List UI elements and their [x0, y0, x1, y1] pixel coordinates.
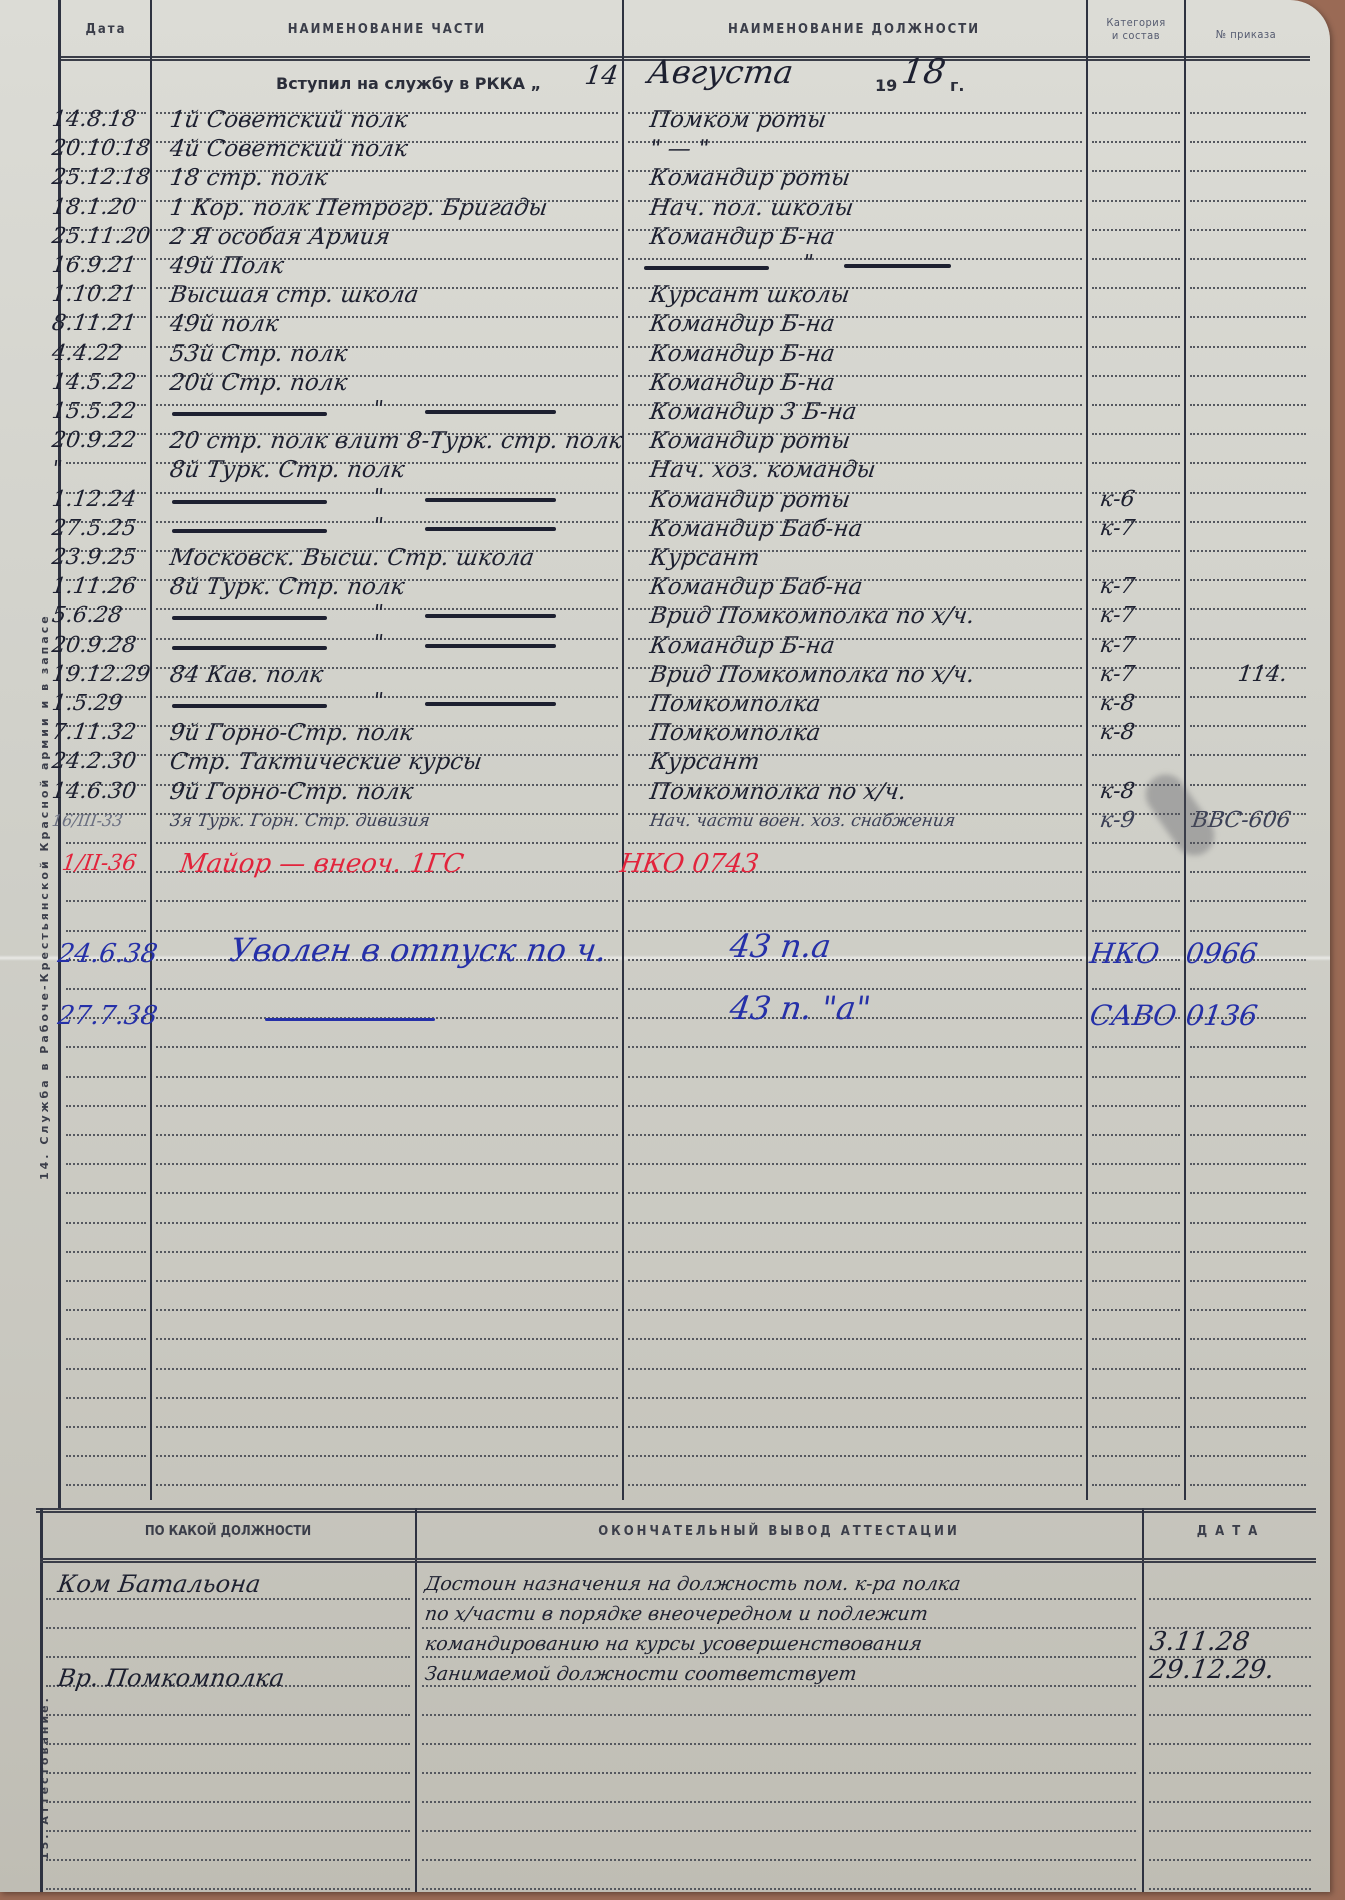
ditto-mark: ": [371, 630, 385, 658]
row-category: к-7: [1098, 661, 1137, 689]
ruled-line: [1092, 1105, 1180, 1107]
ruled-line: [1092, 433, 1180, 435]
ruled-line: [1092, 988, 1180, 990]
ruled-line: [66, 1338, 146, 1340]
row-unit: 84 Кав. полк: [168, 661, 325, 689]
row-category: к-9: [1098, 807, 1137, 835]
row-category: НКО: [1088, 940, 1161, 968]
ruled-line: [1092, 258, 1180, 260]
ruled-line: [1190, 550, 1306, 552]
attestation-column-line: [415, 1508, 417, 1892]
ruled-line: [156, 1076, 618, 1078]
attestation-header-position: ПО КАКОЙ ДОЛЖНОСТИ: [42, 1524, 414, 1539]
ruled-line: [1092, 1192, 1180, 1194]
row-order: 0966: [1184, 940, 1259, 968]
row-date: 8.11.21: [50, 310, 138, 338]
attestation-conclusion-line: Занимаемой должности соответствует: [423, 1660, 859, 1688]
ruled-line: [628, 1455, 1082, 1457]
ruled-line: [46, 1772, 410, 1774]
ruled-line: [422, 1743, 1136, 1745]
ruled-line: [1092, 200, 1180, 202]
enlisted-label: Вступил на службу в РККА: [276, 74, 525, 93]
ruled-line: [156, 638, 618, 640]
row-category: к-7: [1098, 632, 1137, 660]
ruled-line: [1190, 346, 1306, 348]
row-position: Курсант: [648, 544, 761, 572]
attestation-header-date: ДАТА: [1146, 1524, 1316, 1539]
ruled-line: [1092, 170, 1180, 172]
ruled-line: [156, 521, 618, 523]
row-date: 23.9.25: [50, 544, 138, 572]
row-unit: 53й Стр. полк: [168, 340, 349, 368]
header-category: Категория и состав: [1088, 16, 1184, 42]
row-category: к-8: [1098, 690, 1137, 718]
ruled-line: [1149, 1888, 1311, 1890]
column-line: [1184, 0, 1186, 1500]
column-line: [1086, 0, 1088, 1500]
ruled-line: [66, 1280, 146, 1282]
row-date: 4.4.22: [50, 340, 124, 368]
ruled-line: [156, 1163, 618, 1165]
row-category: к-7: [1098, 515, 1137, 543]
ruled-line: [1092, 1134, 1180, 1136]
ruled-line: [66, 1163, 146, 1165]
ruled-line: [46, 1888, 410, 1890]
ruled-line: [628, 900, 1082, 902]
row-position: Командир Б-на: [648, 369, 836, 397]
ruled-line: [46, 1714, 410, 1716]
ruled-line: [1149, 1685, 1311, 1687]
ruled-line: [156, 492, 618, 494]
row-unit: 3я Турк. Горн. Стр. дивизия: [168, 807, 432, 835]
attestation-date: 29.12.29.: [1148, 1656, 1276, 1684]
ditto-dash: [172, 529, 327, 533]
ditto-mark: ": [371, 600, 385, 628]
ruled-line: [1092, 1338, 1180, 1340]
row-order: 114.: [1236, 661, 1289, 689]
row-date: 16/III-33: [50, 807, 124, 835]
ruled-line: [1092, 1397, 1180, 1399]
ruled-line: [628, 842, 1082, 844]
row-position: Помкомполка: [648, 690, 822, 718]
row-date: 14.5.22: [50, 369, 138, 397]
enlisted-year-suffix: 18: [900, 58, 947, 86]
ruled-line: [156, 1222, 618, 1224]
ruled-line: [66, 462, 146, 464]
ruled-line: [46, 1859, 410, 1861]
row-date: 1.12.24: [50, 486, 138, 514]
ruled-line: [46, 1598, 410, 1600]
header-order: № приказа: [1186, 28, 1306, 41]
row-category: к-7: [1098, 602, 1137, 630]
ruled-line: [156, 1192, 618, 1194]
ruled-line: [1190, 433, 1306, 435]
ruled-line: [66, 1309, 146, 1311]
header-unit: НАИМЕНОВАНИЕ ЧАСТИ: [152, 22, 622, 37]
ruled-line: [628, 1309, 1082, 1311]
row-unit: 2 Я особая Армия: [168, 223, 392, 251]
row-date: 14.8.18: [50, 106, 138, 134]
ruled-line: [1092, 900, 1180, 902]
row-unit: Майор — внеоч. 1ГС: [178, 850, 465, 878]
ruled-line: [1190, 141, 1306, 143]
enlisted-year-unit: г.: [950, 76, 964, 95]
ruled-line: [628, 258, 1082, 260]
row-unit: Стр. Тактические курсы: [168, 748, 484, 776]
row-date: 25.11.20: [50, 223, 152, 251]
ruled-line: [1190, 930, 1306, 932]
row-position: Врид Помкомполка по х/ч.: [648, 661, 976, 689]
row-position: НКО 0743: [618, 850, 760, 878]
row-unit: 1й Советский полк: [168, 106, 410, 134]
row-date: 14.6.30: [50, 778, 138, 806]
attestation-conclusion-line: Достоин назначения на должность пом. к-р…: [423, 1570, 962, 1598]
ruled-line: [1190, 696, 1306, 698]
row-position: Командир Б-на: [648, 340, 836, 368]
ditto-dash: [172, 646, 327, 650]
ruled-line: [156, 1134, 618, 1136]
ruled-line: [628, 1338, 1082, 1340]
ruled-line: [1092, 1076, 1180, 1078]
ruled-line: [628, 1368, 1082, 1370]
ruled-line: [1190, 638, 1306, 640]
ruled-line: [156, 842, 618, 844]
row-date: 15.5.22: [50, 398, 138, 426]
ruled-line: [1190, 1222, 1306, 1224]
ruled-line: [66, 1134, 146, 1136]
ruled-line: [628, 1484, 1082, 1486]
ruled-line: [1092, 1309, 1180, 1311]
ruled-line: [156, 1309, 618, 1311]
row-position: Курсант школы: [648, 281, 851, 309]
ruled-line: [66, 1192, 146, 1194]
row-position: Нач. пол. школы: [648, 194, 855, 222]
ruled-line: [156, 1105, 618, 1107]
ruled-line: [1092, 754, 1180, 756]
ruled-line: [628, 959, 1082, 961]
ruled-line: [66, 1397, 146, 1399]
row-unit: 1 Кор. полк Петрогр. Бригады: [168, 194, 549, 222]
row-position: Помком роты: [648, 106, 828, 134]
row-position: 43 п. "а": [728, 994, 872, 1022]
ruled-line: [1092, 229, 1180, 231]
row-position: Командир Баб-на: [648, 573, 864, 601]
ditto-mark: ": [371, 688, 385, 716]
ruled-line: [1190, 754, 1306, 756]
row-position: Нач. хоз. команды: [648, 456, 877, 484]
enlisted-day: 14: [583, 62, 620, 90]
row-unit: 49й полк: [168, 310, 280, 338]
ruled-line: [66, 1251, 146, 1253]
ruled-line: [1149, 1830, 1311, 1832]
attestation-header-rule: [40, 1558, 1316, 1563]
ruled-line: [66, 1105, 146, 1107]
attestation-conclusion-line: командированию на курсы усовершенствован…: [423, 1630, 924, 1658]
row-date: 27.5.25: [50, 515, 138, 543]
attestation-position: Вр. Помкомполка: [56, 1664, 286, 1692]
ruled-line: [156, 1280, 618, 1282]
row-date: 1.5.29: [50, 690, 124, 718]
ruled-line: [1190, 1251, 1306, 1253]
row-order: 0136: [1184, 1002, 1259, 1030]
ruled-line: [628, 1076, 1082, 1078]
ruled-line: [1092, 1251, 1180, 1253]
header-category-line1: Категория: [1088, 16, 1184, 29]
ruled-line: [1190, 1455, 1306, 1457]
row-position: " — ": [648, 135, 711, 163]
ruled-line: [66, 1484, 146, 1486]
ruled-line: [1092, 141, 1180, 143]
ruled-line: [1190, 1280, 1306, 1282]
row-unit: Уволен в отпуск по ч.: [228, 936, 608, 964]
ruled-line: [628, 1222, 1082, 1224]
row-unit: 9й Горно-Стр. полк: [168, 719, 415, 747]
ruled-line: [156, 988, 618, 990]
ruled-line: [66, 1368, 146, 1370]
ruled-line: [422, 1830, 1136, 1832]
ruled-line: [422, 1801, 1136, 1803]
ruled-line: [156, 1397, 618, 1399]
row-date: 20.9.28: [50, 632, 138, 660]
row-date: 1.10.21: [50, 281, 138, 309]
row-date: 19.12.29: [50, 661, 152, 689]
header-date: Дата: [62, 22, 150, 37]
ruled-line: [156, 1455, 618, 1457]
ruled-line: [1092, 404, 1180, 406]
attestation-column-line: [1142, 1508, 1144, 1892]
row-unit: 20 стр. полк влит 8-Турк. стр. полк: [168, 427, 624, 455]
ruled-line: [1190, 462, 1306, 464]
enlisted-line: Вступил на службу в РККА „: [276, 74, 541, 93]
ruled-line: [628, 1105, 1082, 1107]
row-date: 24.2.30: [50, 748, 138, 776]
ruled-line: [1092, 930, 1180, 932]
ditto-mark: ": [371, 396, 385, 424]
ruled-line: [66, 930, 146, 932]
ditto-mark: ": [371, 484, 385, 512]
ruled-line: [46, 1801, 410, 1803]
row-category: САВО: [1088, 1002, 1178, 1030]
ruled-line: [1190, 1397, 1306, 1399]
ruled-line: [1190, 784, 1306, 786]
row-date: 1/II-36: [60, 850, 138, 878]
row-unit: Высшая стр. школа: [168, 281, 420, 309]
row-date: 20.9.22: [50, 427, 138, 455]
ruled-line: [1092, 871, 1180, 873]
ruled-line: [422, 1859, 1136, 1861]
ruled-line: [1190, 112, 1306, 114]
row-date: 20.10.18: [50, 135, 152, 163]
ruled-line: [1092, 1368, 1180, 1370]
ruled-line: [1190, 492, 1306, 494]
ruled-line: [1092, 316, 1180, 318]
ruled-line: [1190, 1134, 1306, 1136]
ruled-line: [156, 1484, 618, 1486]
row-date: 16.9.21: [50, 252, 138, 280]
ruled-line: [1190, 1484, 1306, 1486]
ruled-line: [628, 1192, 1082, 1194]
ruled-line: [1190, 521, 1306, 523]
row-category: к-8: [1098, 778, 1137, 806]
ditto-mark: ": [371, 513, 385, 541]
ruled-line: [1092, 287, 1180, 289]
ditto-dash: [644, 266, 769, 270]
ruled-line: [66, 842, 146, 844]
ruled-line: [1092, 1046, 1180, 1048]
ruled-line: [1092, 842, 1180, 844]
ruled-line: [628, 1280, 1082, 1282]
row-position: Командир роты: [648, 427, 852, 455]
row-unit: 8й Турк. Стр. полк: [168, 456, 406, 484]
row-position: 43 п.а: [728, 932, 833, 960]
ruled-line: [66, 1046, 146, 1048]
ruled-line: [1190, 608, 1306, 610]
ditto-dash: [844, 264, 950, 268]
ruled-line: [156, 608, 618, 610]
row-position: Курсант: [648, 748, 761, 776]
row-date: 1.11.26: [50, 573, 138, 601]
ruled-line: [628, 1397, 1082, 1399]
row-category: к-8: [1098, 719, 1137, 747]
ruled-line: [1149, 1598, 1311, 1600]
ditto-dash: [425, 614, 557, 618]
ruled-line: [156, 900, 618, 902]
row-date: 5.6.28: [50, 602, 124, 630]
ruled-line: [1190, 287, 1306, 289]
row-date: ": [50, 456, 64, 484]
ruled-line: [1190, 1105, 1306, 1107]
ruled-line: [46, 1830, 410, 1832]
ruled-line: [66, 1455, 146, 1457]
attestation-header-conclusion: ОКОНЧАТЕЛЬНЫЙ ВЫВОД АТТЕСТАЦИИ: [418, 1524, 1140, 1539]
ruled-line: [1190, 1368, 1306, 1370]
ruled-line: [1092, 1455, 1180, 1457]
ruled-line: [1149, 1801, 1311, 1803]
row-category: к-6: [1098, 486, 1137, 514]
ruled-line: [1092, 1163, 1180, 1165]
row-position: Помкомполка по х/ч.: [648, 778, 908, 806]
ruled-line: [628, 930, 1082, 932]
ditto-dash: [425, 410, 557, 414]
ruled-line: [66, 1222, 146, 1224]
row-position: Командир Баб-на: [648, 515, 864, 543]
attestation-position: Ком Батальона: [56, 1570, 262, 1598]
row-position: Командир Б-на: [648, 310, 836, 338]
ruled-line: [1092, 1222, 1180, 1224]
ruled-line: [1190, 1338, 1306, 1340]
attestation-column-line: [40, 1508, 43, 1892]
row-date: 24.6.38: [56, 940, 159, 968]
row-unit: 20й Стр. полк: [168, 369, 349, 397]
ruled-line: [1190, 170, 1306, 172]
row-position: Помкомполка: [648, 719, 822, 747]
row-unit: 8й Турк. Стр. полк: [168, 573, 406, 601]
ruled-line: [1092, 346, 1180, 348]
document-page: 14. Служба в Рабоче-Крестьянской Красной…: [0, 0, 1330, 1892]
row-unit: 18 стр. полк: [168, 164, 330, 192]
ruled-line: [46, 1656, 410, 1658]
row-date: 27.7.38: [56, 1002, 159, 1030]
ruled-line: [1092, 550, 1180, 552]
ruled-line: [628, 1251, 1082, 1253]
row-date: 18.1.20: [50, 194, 138, 222]
row-position: Командир Б-на: [648, 223, 836, 251]
ditto-dash: [172, 704, 327, 708]
column-line: [622, 0, 624, 1500]
ruled-line: [1190, 1163, 1306, 1165]
ruled-line: [628, 1046, 1082, 1048]
ruled-line: [1190, 200, 1306, 202]
ruled-line: [422, 1888, 1136, 1890]
row-position: Командир 3 Б-на: [648, 398, 858, 426]
ruled-line: [628, 1134, 1082, 1136]
row-date: 25.12.18: [50, 164, 152, 192]
row-position: Врид Помкомполка по х/ч.: [648, 602, 976, 630]
enlisted-year-prefix: 19: [875, 76, 897, 95]
ruled-line: [156, 1368, 618, 1370]
ruled-line: [156, 1046, 618, 1048]
attestation-top-rule: [36, 1508, 1316, 1513]
ditto-dash: [172, 616, 327, 620]
row-position: Командир роты: [648, 486, 852, 514]
ruled-line: [1190, 1046, 1306, 1048]
row-unit: 4й Советский полк: [168, 135, 410, 163]
row-unit: 49й Полк: [168, 252, 286, 280]
ruled-line: [1190, 725, 1306, 727]
ditto-dash: [425, 644, 557, 648]
ruled-line: [1190, 988, 1306, 990]
ruled-line: [1190, 579, 1306, 581]
ruled-line: [46, 1627, 410, 1629]
ruled-line: [46, 1743, 410, 1745]
row-position: Командир Б-на: [648, 632, 836, 660]
ruled-line: [1190, 1426, 1306, 1428]
ruled-line: [1190, 1192, 1306, 1194]
attestation-date: 3.11.28: [1148, 1628, 1251, 1656]
ruled-line: [1190, 229, 1306, 231]
ruled-line: [66, 900, 146, 902]
ruled-line: [1092, 1426, 1180, 1428]
ruled-line: [1092, 1280, 1180, 1282]
attestation-conclusion-line: по х/части в порядке внеочередном и подл…: [423, 1600, 930, 1628]
ruled-line: [422, 1714, 1136, 1716]
ruled-line: [156, 1426, 618, 1428]
row-category: к-7: [1098, 573, 1137, 601]
ditto-dash: [425, 702, 557, 706]
enlisted-month: Августа: [646, 58, 795, 86]
row-position: Командир роты: [648, 164, 852, 192]
ruled-line: [422, 1772, 1136, 1774]
ditto-dash: [172, 500, 327, 504]
ruled-line: [156, 404, 618, 406]
ruled-line: [1190, 375, 1306, 377]
ruled-line: [1190, 1309, 1306, 1311]
ruled-line: [1149, 1859, 1311, 1861]
ditto-dash: [172, 412, 327, 416]
ruled-line: [628, 1426, 1082, 1428]
header-category-line2: и состав: [1088, 29, 1184, 42]
ruled-line: [1190, 900, 1306, 902]
ditto-mark: ": [801, 250, 815, 278]
ruled-line: [1149, 1714, 1311, 1716]
ruled-line: [66, 988, 146, 990]
ruled-line: [1190, 1076, 1306, 1078]
ruled-line: [1190, 871, 1306, 873]
ditto-dash: [425, 527, 557, 531]
ruled-line: [1092, 462, 1180, 464]
ruled-line: [156, 696, 618, 698]
row-date: 7.11.32: [50, 719, 138, 747]
